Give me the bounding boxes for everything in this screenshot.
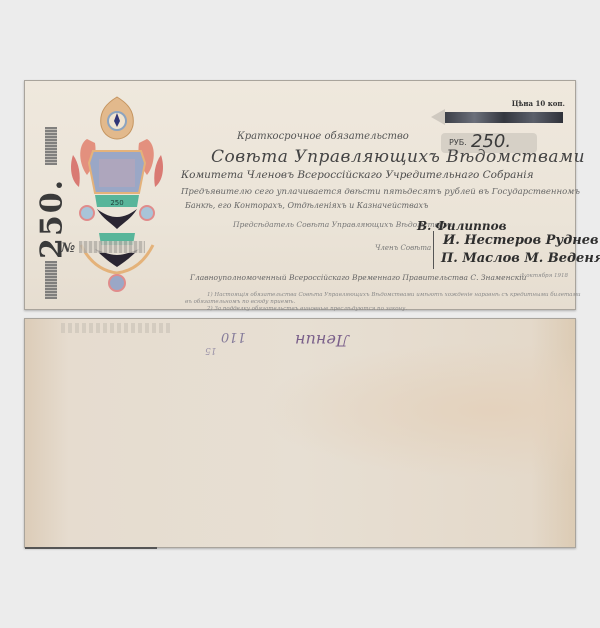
note-body-line: Банкѣ, его Конторахъ, Отдѣленіяхъ и Казн…: [185, 201, 428, 210]
guilloche-bar: [45, 261, 57, 299]
serial-number-label: №: [61, 241, 75, 256]
note-subheading: Комитета Членовъ Всероссійскаго Учредите…: [181, 169, 534, 181]
banknote-back: 15 110 Ленин: [24, 318, 576, 548]
signature: В. Филиппов: [417, 219, 506, 233]
ornamental-vignette-icon: 250: [67, 95, 167, 295]
serial-number-field: [79, 241, 145, 253]
footnote: въ обязательномъ по всюду приемѣ.: [185, 299, 295, 305]
note-heading: Совѣта Управляющихъ Вѣдомствами: [211, 147, 585, 167]
pencil-mark: 110: [221, 329, 246, 344]
stamp-fee: Цѣна 10 коп.: [512, 99, 565, 108]
side-denomination: 250.: [37, 131, 67, 281]
edge-shadow: [25, 547, 157, 549]
guilloche-bar: [45, 127, 57, 165]
amount-currency: РУБ.: [449, 138, 467, 147]
footnote: 2) За подделку обязательствъ виновные пр…: [207, 306, 407, 312]
footnote: 1) Настоящія обязательства Совѣта Управл…: [207, 292, 581, 298]
member-label: Членъ Совѣта: [375, 244, 431, 252]
note-title: Краткосрочное обязательство: [237, 131, 409, 142]
ink-signature: Ленин: [295, 331, 349, 350]
issue-date: 1 октября 1918: [521, 273, 568, 279]
print-bleed-through: [61, 323, 171, 333]
cashier-line: Главноуполномоченный Всероссійскаго Врем…: [190, 273, 526, 282]
stamp-duty-mark: Цѣна 10 коп.: [429, 103, 575, 131]
note-body-line: Предъявителю сего уплачивается двѣсти пя…: [181, 187, 580, 197]
signature-divider: [433, 231, 434, 269]
stamp-arrow-icon: [431, 109, 445, 125]
svg-text:250: 250: [110, 199, 123, 207]
stamp-band: [445, 112, 563, 123]
signature: П. Маслов М. Веденяпин: [441, 251, 600, 266]
signature: И. Нестеров Руднев: [443, 233, 599, 248]
banknote-front: 250. 250 Цѣна 10 коп. РУБ. 250. Краткоср…: [24, 80, 576, 310]
pencil-mark: 15: [205, 345, 216, 355]
